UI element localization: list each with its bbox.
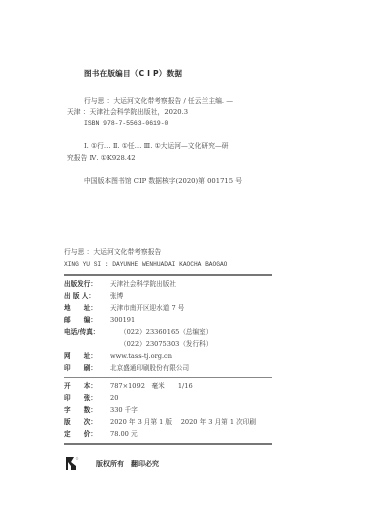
website-link[interactable]: www.tass-tj.org.cn [110, 352, 172, 360]
info-row-publisher: 出版发行：天津社会科学院出版社 [64, 279, 176, 290]
divider-bottom [64, 443, 272, 445]
cip-classification-line2: 究报告 Ⅳ. ①K928.42 [67, 153, 136, 165]
info-row-publisher-person: 出 版 人：张博 [64, 291, 123, 302]
divider-top [64, 274, 272, 276]
cip-entry-line2: 天津 ：天津社会科学院出版社，2020.3 [67, 107, 188, 119]
spec-row-edition: 版 次：2020 年 3 月第 1 版 2020 年 3 月第 1 次印刷 [64, 417, 256, 428]
spec-row-wordcount: 字 数：330 千字 [64, 405, 138, 416]
info-row-postcode: 邮 编：300191 [64, 315, 135, 326]
book-title-pinyin: XING YU SI : DAYUNHE WENHUADAI KAOCHA BA… [64, 261, 227, 268]
cip-classification-line1: Ⅰ. ①行… Ⅱ. ①任… Ⅲ. ①大运河—文化研究—研 [84, 141, 229, 153]
info-row-phone-2: （022）23075303（发行科） [64, 339, 212, 350]
info-row-phone: 电话/传真：（022）23360165（总编室） [64, 327, 212, 338]
cip-isbn: ISBN 978-7-5563-0619-0 [84, 118, 168, 130]
cip-title: 图书在版编目（C I P）数据 [84, 68, 182, 79]
publisher-logo-icon [66, 457, 80, 470]
info-row-printer: 印 刷：北京盛通印刷股份有限公司 [64, 363, 189, 374]
spec-row-price: 定 价：78.00 元 [64, 429, 138, 440]
spec-row-sheets: 印 张：20 [64, 393, 118, 404]
cip-entry-line1: 行与思 ：大运河文化带考察报告 / 任云兰主编. — [84, 96, 233, 108]
info-row-website: 网 址：www.tass-tj.org.cn [64, 351, 172, 362]
divider-middle [64, 377, 272, 378]
book-title-cn: 行与思 ：大运河文化带考察报告 [64, 247, 161, 259]
cip-verification: 中国版本图书馆 CIP 数据核字(2020)第 001715 号 [84, 176, 242, 188]
info-row-address: 地 址：天津市南开区迎水道 7 号 [64, 303, 184, 314]
copyright-notice: 版权所有 翻印必究 [96, 459, 159, 469]
spec-row-format: 开 本：787×1092 毫米 1/16 [64, 381, 193, 392]
